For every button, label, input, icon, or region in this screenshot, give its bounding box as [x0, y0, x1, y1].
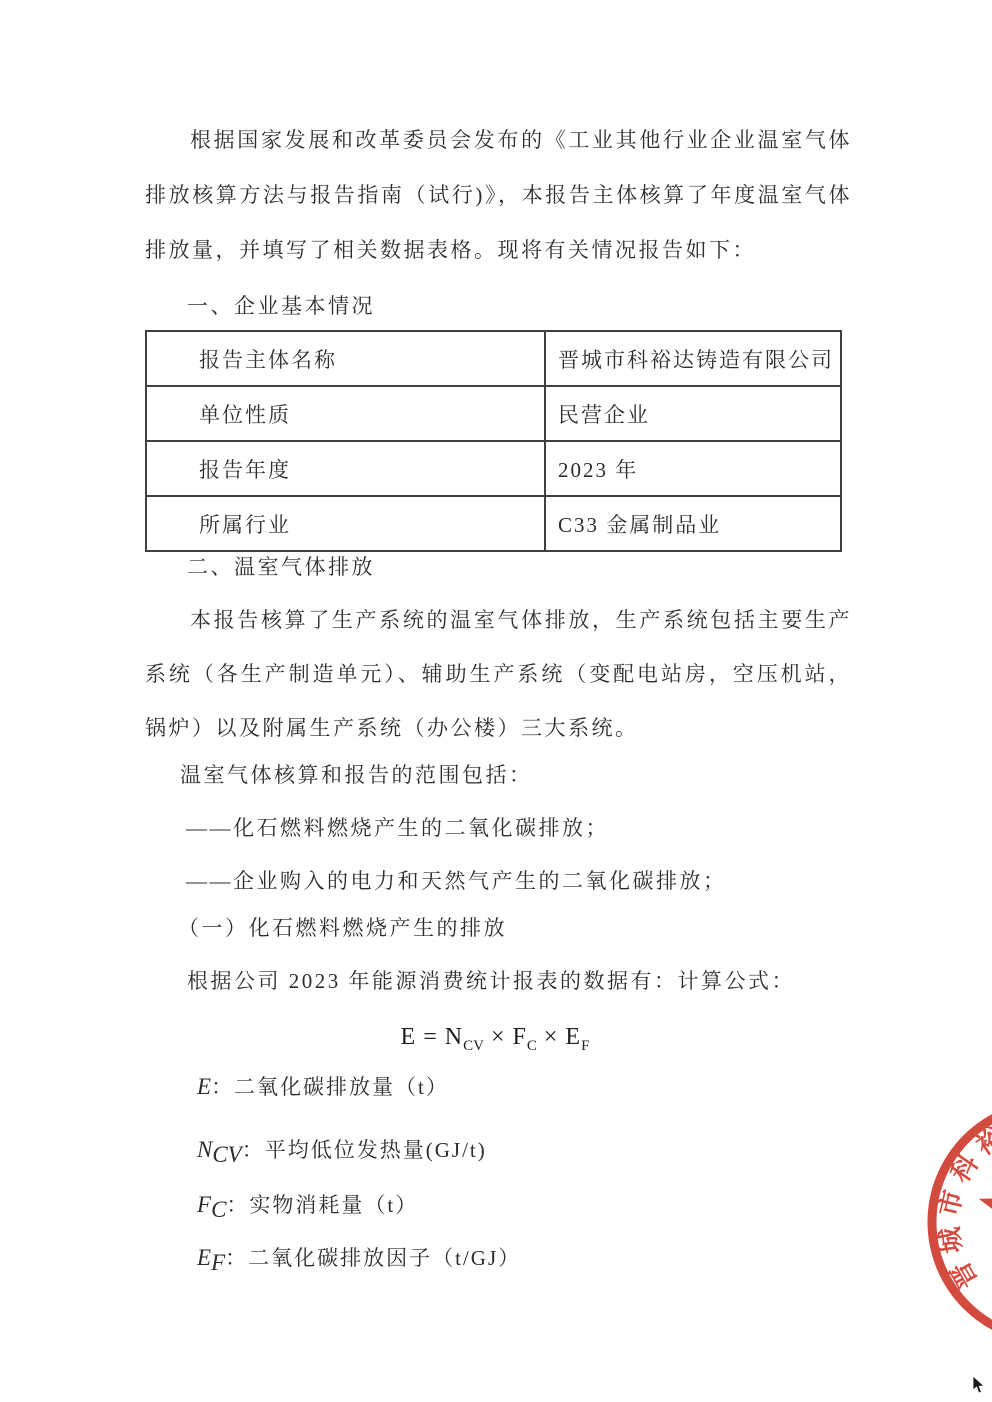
- definition-e: E：二氧化碳排放量（t）: [197, 1073, 449, 1106]
- table-cell-value: C33 金属制品业: [545, 496, 841, 551]
- formula-times: ×: [544, 1024, 559, 1050]
- table-row: 报告主体名称 晋城市科裕达铸造有限公司: [146, 331, 841, 386]
- emission-formula: E = NCV × FC × EF: [145, 1024, 845, 1055]
- paragraph-formula-intro: 根据公司 2023 年能源消费统计报表的数据有：计算公式：: [187, 967, 795, 995]
- formula-term2: FC: [513, 1024, 537, 1050]
- table-cell-value: 2023 年: [545, 441, 841, 496]
- definition-ef: EF：二氧化碳排放因子（t/GJ）: [197, 1244, 521, 1277]
- paragraph-systems: 本报告核算了生产系统的温室气体排放，生产系统包括主要生产系统（各生产制造单元）、…: [145, 593, 852, 755]
- document-page: 根据国家发展和改革委员会发布的《工业其他行业企业温室气体排放核算方法与报告指南（…: [0, 0, 992, 1402]
- table-cell-label: 报告主体名称: [146, 331, 545, 386]
- paragraph-intro: 根据国家发展和改革委员会发布的《工业其他行业企业温室气体排放核算方法与报告指南（…: [145, 113, 852, 278]
- definition-fc: FC：实物消耗量（t）: [197, 1191, 418, 1224]
- paragraph-scope: 温室气体核算和报告的范围包括：: [180, 761, 533, 789]
- table-row: 单位性质 民营企业: [146, 386, 841, 441]
- definition-ncv: NCV：平均低位发热量(GJ/t): [197, 1136, 487, 1169]
- mouse-cursor-icon: [972, 1376, 986, 1395]
- bullet-fossil-fuel: ——化石燃料燃烧产生的二氧化碳排放；: [186, 814, 609, 842]
- company-seal: 晋城市科裕达铸造有限公司: [900, 1072, 992, 1372]
- formula-lhs: E: [401, 1024, 417, 1050]
- table-cell-label: 单位性质: [146, 386, 545, 441]
- formula-equals: =: [423, 1024, 438, 1050]
- table-cell-label: 报告年度: [146, 441, 545, 496]
- table-cell-value: 晋城市科裕达铸造有限公司: [545, 331, 841, 386]
- table-row: 所属行业 C33 金属制品业: [146, 496, 841, 551]
- section-title-2: 二、温室气体排放: [187, 553, 375, 581]
- table-cell-label: 所属行业: [146, 496, 545, 551]
- company-info-table: 报告主体名称 晋城市科裕达铸造有限公司 单位性质 民营企业 报告年度 2023 …: [145, 330, 842, 552]
- section-title-1: 一、企业基本情况: [187, 292, 375, 320]
- formula-times: ×: [491, 1024, 506, 1050]
- formula-term3: EF: [565, 1024, 589, 1050]
- subsection-title: （一）化石燃料燃烧产生的排放: [178, 914, 507, 942]
- bullet-purchased-energy: ——企业购入的电力和天然气产生的二氧化碳排放；: [186, 867, 727, 895]
- table-cell-value: 民营企业: [545, 386, 841, 441]
- table-row: 报告年度 2023 年: [146, 441, 841, 496]
- formula-term1: NCV: [445, 1024, 484, 1050]
